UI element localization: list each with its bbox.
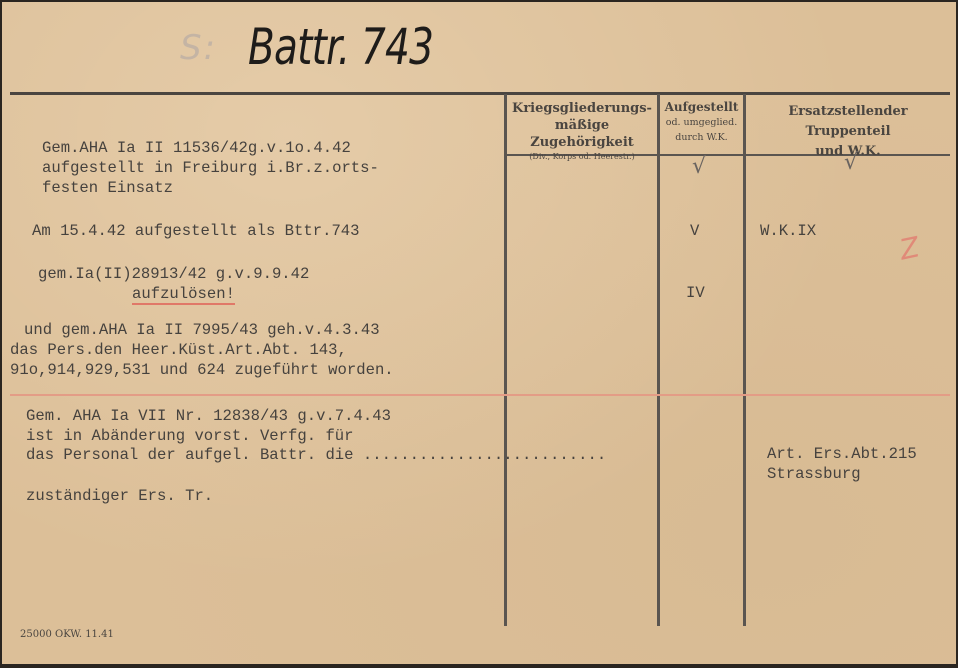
entry-3-line-1: gem.Ia(II)28913/42 g.v.9.9.42 [38,264,309,284]
top-divider [10,92,950,95]
page-title: Battr. 743 [248,18,433,76]
red-annotation-mark: Z [897,230,923,266]
column-header-affiliation-label: Kriegsgliederungs- mäßige Zugehörigkeit [512,101,652,150]
column-header-established-l3: durch W.K. [660,130,743,145]
check-mark-icon: √ [844,150,858,175]
column-divider-2 [657,94,660,626]
red-divider [10,394,950,396]
entry-1-line-1: Gem.AHA Ia II 11536/42g.v.1o.4.42 [42,138,351,158]
entry-4-line-2: das Pers.den Heer.Küst.Art.Abt. 143, [10,340,347,360]
entry-2-replacement-unit: W.K.IX [760,221,816,241]
entry-4-line-1: und gem.AHA Ia II 7995/43 geh.v.4.3.43 [24,320,380,340]
entry-4-line-3: 91o,914,929,531 und 624 zugeführt worden… [10,360,394,380]
column-header-affiliation-sub: (Div., Korps od. Heerestr.) [507,151,657,163]
print-footer: 25000 OKW. 11.41 [20,629,114,640]
column-divider-3 [743,94,746,626]
entry-2-established-by: V [690,221,699,241]
index-card: S: Battr. 743 Kriegsgliederungs- mäßige … [2,2,956,664]
entry-5-line-4: zuständiger Ers. Tr. [26,486,213,506]
entry-3-disband-text: aufzulösen! [132,285,235,305]
column-divider-1 [504,94,507,626]
entry-1-line-3: festen Einsatz [42,178,173,198]
entry-5-line-3: das Personal der aufgel. Battr. die ....… [26,445,606,465]
entry-5-replacement-unit-l1: Art. Ers.Abt.215 [767,444,917,464]
entry-5-replacement-unit-l2: Strassburg [767,464,861,484]
title-prefix: S: [180,28,217,68]
entry-3-line-2: aufzulösen! [132,284,235,304]
column-header-established-l1: Aufgestellt [660,100,743,115]
column-header-affiliation: Kriegsgliederungs- mäßige Zugehörigkeit … [507,100,657,163]
column-header-established: Aufgestellt od. umgeglied. durch W.K. [660,100,743,145]
entry-2-text: Am 15.4.42 aufgestellt als Bttr.743 [32,221,360,241]
entry-5-line-2: ist in Abänderung vorst. Verfg. für [26,426,354,446]
entry-5-line-1: Gem. AHA Ia VII Nr. 12838/43 g.v.7.4.43 [26,406,391,426]
check-mark-icon: √ [692,154,706,179]
entry-1-line-2: aufgestellt in Freiburg i.Br.z.orts- [42,158,379,178]
column-header-replacement-l1: Ersatzstellender Truppenteil [746,102,950,142]
column-header-established-l2: od. umgeglied. [660,115,743,130]
entry-3-established-by: IV [686,283,705,303]
